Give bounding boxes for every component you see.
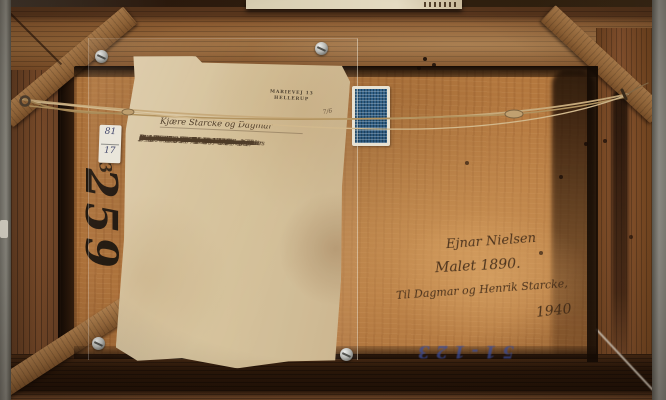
screw-top-right: [315, 42, 328, 55]
screw-bottom-right: [340, 348, 353, 361]
adjacent-frame-edge: [246, 0, 462, 9]
twine-knot-left: [122, 109, 134, 115]
photo-back-of-framed-painting: 259 3 81 17 51-123 Ejnar Nielsen Malet 1…: [0, 0, 666, 400]
screw-top-left: [95, 50, 108, 63]
adjacent-frame-marks: [424, 2, 456, 7]
screw-bottom-left: [92, 337, 105, 350]
twine-knot: [505, 110, 523, 118]
twine-strand-1: [20, 94, 628, 119]
twine-tail: [626, 83, 648, 95]
